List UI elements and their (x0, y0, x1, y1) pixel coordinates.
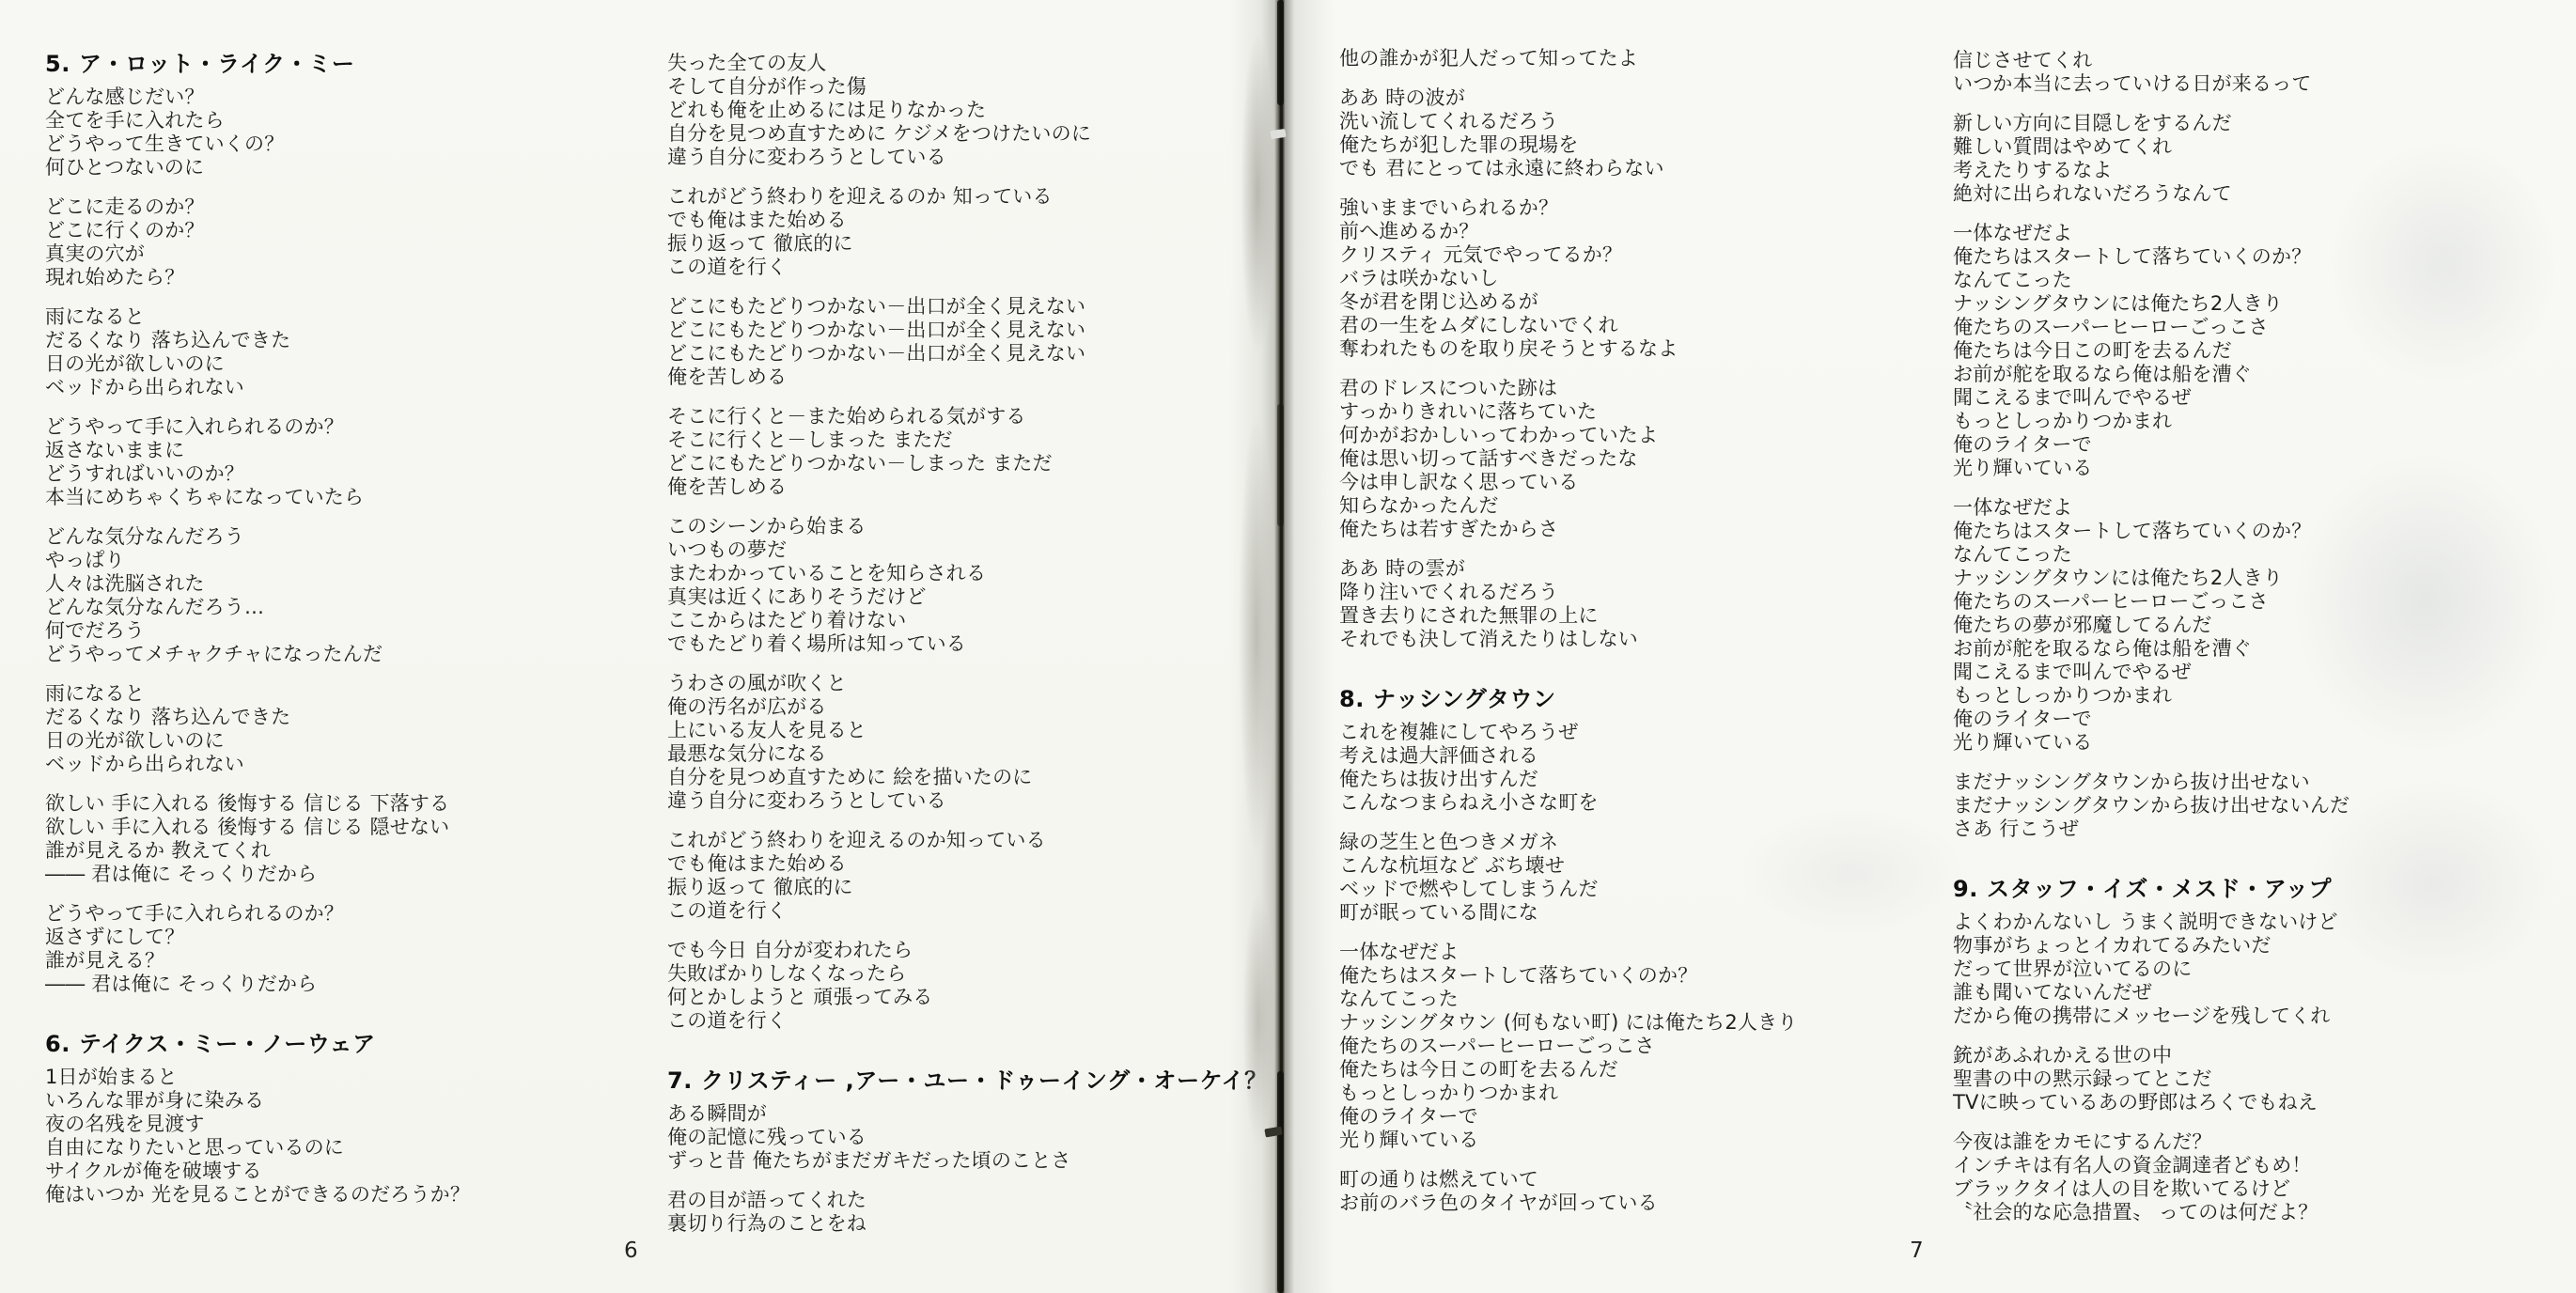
lyric-line: 聞こえるまで叫んでやるぜ (1953, 661, 2350, 684)
lyric-line: どこに行くのか？ (45, 219, 470, 242)
stanza: 雨になるとだるくなり 落ち込んできた日の光が欲しいのにベッドから出られない (45, 682, 470, 776)
lyric-line: 光り輝いている (1953, 731, 2350, 755)
lyric-line: バラは咲かないし (1339, 267, 1798, 290)
lyric-line: 降り注いでくれるだろう (1339, 581, 1798, 604)
lyric-line: 自由になりたいと思っているのに (45, 1136, 470, 1160)
lyric-line: サイクルが俺を破壊する (45, 1160, 470, 1183)
lyric-line: でも今日 自分が変われたら (667, 939, 1268, 962)
lyric-line: 返さないままに (45, 439, 470, 462)
lyric-line: 本当にめちゃくちゃになっていたら (45, 486, 470, 509)
lyric-line: 絶対に出られないだろうなんて (1953, 182, 2350, 206)
lyric-line: 俺たちはスタートして落ちていくのか？ (1339, 964, 1798, 988)
lyric-line: クリスティ 元気でやってるか？ (1339, 243, 1798, 267)
lyric-line: このシーンから始まる (667, 515, 1268, 538)
lyric-line: なんてこった (1953, 269, 2350, 292)
lyric-line: ベッドで燃やしてしまうんだ (1339, 878, 1798, 901)
lyric-line: 振り返って 徹底的に (667, 232, 1268, 256)
stanza: ある瞬間が俺の記憶に残っているずっと昔 俺たちがまだガキだった頃のことさ (667, 1102, 1268, 1173)
lyric-line: 何とかしようと 頑張ってみる (667, 986, 1268, 1009)
lyric-line: どこにもたどりつかない－しまった まただ (667, 452, 1268, 475)
lyric-line: またわかっていることを知らされる (667, 562, 1268, 585)
lyric-line: 裏切り行為のことをね (667, 1212, 1268, 1236)
stanza: どんな感じだい？全てを手に入れたらどうやって生きていくの？何ひとつないのに (45, 86, 470, 179)
lyric-line: 現れ始めたら？ (45, 266, 470, 289)
lyric-line: 他の誰かが犯人だって知ってたよ (1339, 47, 1798, 70)
lyric-line: 上にいる友人を見ると (667, 719, 1268, 742)
stanza: 一体なぜだよ俺たちはスタートして落ちていくのか？なんてこったナッシングタウンには… (1953, 222, 2350, 480)
stanza: 君のドレスについた跡はすっかりきれいに落ちていた何かがおかしいってわかっていたよ… (1339, 377, 1798, 541)
fold-line-segment (1277, 1071, 1284, 1293)
lyric-line: 自分を見つめ直すために ケジメをつけたいのに (667, 122, 1268, 146)
gutter-shadow (1241, 34, 1274, 353)
stanza: このシーンから始まるいつもの夢だまたわかっていることを知らされる真実は近くにあり… (667, 515, 1268, 656)
lyric-line: 俺たちは今日この町を去るんだ (1339, 1058, 1798, 1082)
lyric-line: 今夜は誰をカモにするんだ？ (1953, 1130, 2350, 1154)
lyric-line: 俺を苦しめる (667, 366, 1268, 389)
lyric-line: ナッシングタウンには俺たち2人きり (1953, 292, 2350, 316)
lyric-line: どうやって生きていくの？ (45, 132, 470, 156)
lyric-line: 1日が始まると (45, 1066, 470, 1089)
lyric-line: 俺たちのスーパーヒーローごっこさ (1953, 590, 2350, 614)
lyric-line: これを複雑にしてやろうぜ (1339, 721, 1798, 744)
stanza: 新しい方向に目隠しをするんだ難しい質問はやめてくれ考えたりするなよ絶対に出られな… (1953, 112, 2350, 206)
lyric-line: もっとしっかりつかまれ (1953, 684, 2350, 708)
stanza: 君の目が語ってくれた裏切り行為のことをね (667, 1189, 1268, 1236)
lyric-line: どうやって手に入れられるのか？ (45, 902, 470, 926)
lyric-line: ここからはたどり着けない (667, 609, 1268, 632)
lyric-line: 信じさせてくれ (1953, 49, 2350, 72)
lyric-line: 聞こえるまで叫んでやるぜ (1953, 386, 2350, 410)
song-title: 6. テイクス・ミー・ノーウェア (45, 1030, 470, 1058)
lyric-line: この道を行く (667, 1009, 1268, 1033)
song-title: 9. スタッフ・イズ・メスド・アップ (1953, 875, 2350, 903)
lyric-line: ああ 時の雲が (1339, 557, 1798, 581)
lyric-line: 物事がちょっとイカれてるみたいだ (1953, 934, 2350, 958)
lyric-line: 真実は近くにありそうだけど (667, 585, 1268, 609)
lyric-line: 俺はいつか 光を見ることができるのだろうか？ (45, 1183, 470, 1207)
lyric-line: 俺の汚名が広がる (667, 695, 1268, 719)
lyric-line: ブラックタイは人の目を欺いてるけど (1953, 1177, 2350, 1201)
stanza: ああ 時の雲が降り注いでくれるだろう置き去りにされた無罪の上にそれでも決して消え… (1339, 557, 1798, 651)
lyric-line: 考えたりするなよ (1953, 159, 2350, 182)
lyric-line: どんな感じだい？ (45, 86, 470, 109)
stanza: これがどう終わりを迎えるのか知っているでも俺はまた始める振り返って 徹底的にこの… (667, 829, 1268, 923)
stanza: 一体なぜだよ俺たちはスタートして落ちていくのか？なんてこったナッシングタウン (… (1339, 941, 1798, 1152)
lyric-line: 振り返って 徹底的に (667, 876, 1268, 899)
stanza: 緑の芝生と色つきメガネこんな杭垣など ぶち壊せベッドで燃やしてしまうんだ町が眠っ… (1339, 831, 1798, 925)
lyric-line: どうやってメチャクチャになったんだ (45, 643, 470, 666)
lyric-line: 雨になると (45, 305, 470, 329)
lyric-line: ずっと昔 俺たちがまだガキだった頃のことさ (667, 1149, 1268, 1173)
lyric-line: 俺たちは今日この町を去るんだ (1953, 339, 2350, 363)
lyric-line: 日の光が欲しいのに (45, 352, 470, 376)
lyric-line: そこに行くと－また始められる気がする (667, 405, 1268, 428)
lyric-line: だから俺の携帯にメッセージを残してくれ (1953, 1005, 2350, 1028)
lyric-line: 光り輝いている (1339, 1129, 1798, 1152)
lyric-line: もっとしっかりつかまれ (1953, 410, 2350, 433)
page-number-right: 7 (1910, 1238, 1924, 1263)
lyric-line: 奪われたものを取り戻そうとするなよ (1339, 337, 1798, 361)
lyric-line: 誰が見える？ (45, 949, 470, 973)
lyric-line: さあ 行こうぜ (1953, 818, 2350, 841)
lyric-line: お前が舵を取るなら俺は船を漕ぐ (1953, 637, 2350, 661)
lyric-line: ナッシングタウン (何もない町) には俺たち2人きり (1339, 1011, 1798, 1035)
song-title: 5. ア・ロット・ライク・ミー (45, 50, 470, 78)
lyric-line: 雨になると (45, 682, 470, 706)
lyric-line: だって世界が泣いてるのに (1953, 958, 2350, 981)
lyric-line: 君のドレスについた跡は (1339, 377, 1798, 400)
lyric-line: まだナッシングタウンから抜け出せない (1953, 771, 2350, 794)
lyric-line: 冬が君を閉じ込めるが (1339, 290, 1798, 314)
lyric-line: 俺は思い切って話すべきだったな (1339, 447, 1798, 471)
lyric-line: これがどう終わりを迎えるのか 知っている (667, 185, 1268, 209)
lyric-line: 町が眠っている間にな (1339, 901, 1798, 925)
lyric-line: うわさの風が吹くと (667, 672, 1268, 695)
lyric-line: 日の光が欲しいのに (45, 729, 470, 753)
lyric-line: 俺を苦しめる (667, 475, 1268, 499)
lyrics-column-4: 信じさせてくれいつか本当に去っていける日が来るって新しい方向に目隠しをするんだ難… (1953, 49, 2350, 1240)
lyric-line: 俺たちは抜け出すんだ (1339, 768, 1798, 791)
lyric-line: 君の一生をムダにしないでくれ (1339, 314, 1798, 337)
lyric-line: 欲しい 手に入れる 後悔する 信じる 下落する (45, 792, 470, 816)
lyric-line: だるくなり 落ち込んできた (45, 329, 470, 352)
lyric-line: なんてこった (1953, 543, 2350, 567)
stanza: 雨になるとだるくなり 落ち込んできた日の光が欲しいのにベッドから出られない (45, 305, 470, 399)
lyric-line: どうやって手に入れられるのか？ (45, 415, 470, 439)
fold-line-segment (1277, 404, 1284, 526)
lyric-line: 新しい方向に目隠しをするんだ (1953, 112, 2350, 135)
lyric-line: 俺たちが犯した罪の現場を (1339, 133, 1798, 157)
lyric-line: 自分を見つめ直すために 絵を描いたのに (667, 766, 1268, 789)
lyric-line: 俺たちはスタートして落ちていくのか？ (1953, 245, 2350, 269)
lyric-line: 考えは過大評価される (1339, 744, 1798, 768)
lyric-line: こんなつまらねえ小さな町を (1339, 791, 1798, 815)
lyric-line: この道を行く (667, 256, 1268, 279)
lyric-line: だるくなり 落ち込んできた (45, 706, 470, 729)
lyric-line: ―― 君は俺に そっくりだから (45, 863, 470, 886)
booklet-spread: 5. ア・ロット・ライク・ミーどんな感じだい？全てを手に入れたらどうやって生きて… (0, 0, 2576, 1293)
lyric-line: もっとしっかりつかまれ (1339, 1082, 1798, 1105)
lyric-line: 今は申し訳なく思っている (1339, 471, 1798, 494)
lyric-line: 知らなかったんだ (1339, 494, 1798, 518)
lyric-line: お前のバラ色のタイヤが回っている (1339, 1192, 1798, 1215)
stanza: よくわかんないし うまく説明できないけど物事がちょっとイカれてるみたいだだって世… (1953, 911, 2350, 1028)
lyric-line: どこにもたどりつかない－出口が全く見えない (667, 319, 1268, 342)
lyric-line: 緑の芝生と色つきメガネ (1339, 831, 1798, 854)
lyric-line: 返さずにして？ (45, 926, 470, 949)
lyric-line: どこに走るのか？ (45, 195, 470, 219)
song-title: 7. クリスティー ,アー・ユー・ドゥーイング・オーケイ？ (667, 1067, 1268, 1095)
lyric-line: どれも俺を止めるには足りなかった (667, 99, 1268, 122)
lyric-line: TVに映っているあの野郎はろくでもねえ (1953, 1091, 2350, 1114)
page-number-left: 6 (624, 1238, 638, 1263)
lyric-line: 俺のライターで (1953, 708, 2350, 731)
lyric-line: でもたどり着く場所は知っている (667, 632, 1268, 656)
gutter-shadow (1242, 893, 1274, 1146)
lyric-line: 前へ進めるか？ (1339, 220, 1798, 243)
lyric-line: これがどう終わりを迎えるのか知っている (667, 829, 1268, 852)
lyric-line: ナッシングタウンには俺たち2人きり (1953, 567, 2350, 590)
stanza: でも今日 自分が変われたら失敗ばかりしなくなったら何とかしようと 頑張ってみるこ… (667, 939, 1268, 1033)
lyric-line: 何かがおかしいってわかっていたよ (1339, 424, 1798, 447)
lyric-line: 強いままでいられるか？ (1339, 196, 1798, 220)
lyric-line: お前が舵を取るなら俺は船を漕ぐ (1953, 363, 2350, 386)
lyric-line: ある瞬間が (667, 1102, 1268, 1126)
lyric-line: 全てを手に入れたら (45, 109, 470, 132)
lyric-line: 失敗ばかりしなくなったら (667, 962, 1268, 986)
lyric-line: なんてこった (1339, 988, 1798, 1011)
lyric-line: 俺たちのスーパーヒーローごっこさ (1339, 1035, 1798, 1058)
lyric-line: 何でだろう (45, 619, 470, 643)
lyric-line: 失った全ての友人 (667, 52, 1268, 75)
lyric-line: 俺たちの夢が邪魔してるんだ (1953, 614, 2350, 637)
lyric-line: 町の通りは燃えていて (1339, 1168, 1798, 1192)
lyric-line: やっぱり (45, 549, 470, 572)
lyric-line: いつか本当に去っていける日が来るって (1953, 72, 2350, 96)
lyric-line: どこにもたどりつかない－出口が全く見えない (667, 342, 1268, 366)
stanza: 今夜は誰をカモにするんだ？インチキは有名人の資金調達者どもめ！ブラックタイは人の… (1953, 1130, 2350, 1224)
lyric-line: まだナッシングタウンから抜け出せないんだ (1953, 794, 2350, 818)
stanza: どうやって手に入れられるのか？返さずにして？誰が見える？―― 君は俺に そっくり… (45, 902, 470, 996)
stanza: どこに走るのか？どこに行くのか？真実の穴が現れ始めたら？ (45, 195, 470, 289)
lyric-line: 夜の名残を見渡す (45, 1113, 470, 1136)
lyric-line: どうすればいいのか？ (45, 462, 470, 486)
stanza: まだナッシングタウンから抜け出せないまだナッシングタウンから抜け出せないんださあ… (1953, 771, 2350, 841)
lyric-line: 光り輝いている (1953, 457, 2350, 480)
lyric-line: 一体なぜだよ (1339, 941, 1798, 964)
stanza: うわさの風が吹くと俺の汚名が広がる上にいる友人を見ると最悪な気分になる自分を見つ… (667, 672, 1268, 813)
fold-line-segment (1277, 0, 1284, 105)
lyrics-column-1: 5. ア・ロット・ライク・ミーどんな感じだい？全てを手に入れたらどうやって生きて… (45, 50, 470, 1223)
lyric-line: ―― 君は俺に そっくりだから (45, 973, 470, 996)
stanza: 失った全ての友人そして自分が作った傷どれも俺を止めるには足りなかった自分を見つめ… (667, 52, 1268, 169)
lyric-line: 欲しい 手に入れる 後悔する 信じる 隠せない (45, 816, 470, 839)
lyrics-column-2: 失った全ての友人そして自分が作った傷どれも俺を止めるには足りなかった自分を見つめ… (667, 52, 1268, 1252)
lyric-line: 俺たちは若すぎたからさ (1339, 518, 1798, 541)
lyric-line: 違う自分に変わろうとしている (667, 789, 1268, 813)
lyric-line: どこにもたどりつかない－出口が全く見えない (667, 295, 1268, 319)
lyric-line: 聖書の中の黙示録ってとこだ (1953, 1067, 2350, 1091)
lyric-line: それでも決して消えたりはしない (1339, 628, 1798, 651)
lyric-line: 一体なぜだよ (1953, 222, 2350, 245)
stanza: 1日が始まるといろんな罪が身に染みる夜の名残を見渡す自由になりたいと思っているの… (45, 1066, 470, 1207)
lyric-line: でも 君にとっては永遠に終わらない (1339, 157, 1798, 180)
lyric-line: 何ひとつないのに (45, 156, 470, 179)
lyric-line: 置き去りにされた無罪の上に (1339, 604, 1798, 628)
lyric-line: 俺たちのスーパーヒーローごっこさ (1953, 316, 2350, 339)
stanza: 銃があふれかえる世の中聖書の中の黙示録ってとこだTVに映っているあの野郎はろくで… (1953, 1044, 2350, 1114)
lyric-line: いろんな罪が身に染みる (45, 1089, 470, 1113)
stanza: 信じさせてくれいつか本当に去っていける日が来るって (1953, 49, 2350, 96)
lyric-line: 洗い流してくれるだろう (1339, 110, 1798, 133)
lyric-line: 最悪な気分になる (667, 742, 1268, 766)
song-title: 8. ナッシングタウン (1339, 685, 1798, 713)
lyric-line: 君の目が語ってくれた (667, 1189, 1268, 1212)
lyric-line: ベッドから出られない (45, 753, 470, 776)
lyric-line: インチキは有名人の資金調達者どもめ！ (1953, 1154, 2350, 1177)
lyric-line: でも俺はまた始める (667, 209, 1268, 232)
lyric-line: 誰が見えるか 教えてくれ (45, 839, 470, 863)
stanza: これがどう終わりを迎えるのか 知っているでも俺はまた始める振り返って 徹底的にこ… (667, 185, 1268, 279)
lyric-line: 俺の記憶に残っている (667, 1126, 1268, 1149)
lyric-line: 銃があふれかえる世の中 (1953, 1044, 2350, 1067)
lyric-line: この道を行く (667, 899, 1268, 923)
stanza: 欲しい 手に入れる 後悔する 信じる 下落する欲しい 手に入れる 後悔する 信じ… (45, 792, 470, 886)
lyrics-column-3: 他の誰かが犯人だって知ってたよああ 時の波が洗い流してくれるだろう俺たちが犯した… (1339, 47, 1798, 1231)
lyric-line: 誰も聞いてないんだぜ (1953, 981, 2350, 1005)
lyric-line: ああ 時の波が (1339, 86, 1798, 110)
lyric-line: 一体なぜだよ (1953, 496, 2350, 520)
gutter-shadow (1239, 413, 1274, 855)
lyric-line: 人々は洗脳された (45, 572, 470, 596)
stanza: どこにもたどりつかない－出口が全く見えないどこにもたどりつかない－出口が全く見え… (667, 295, 1268, 389)
lyric-line: 俺のライターで (1339, 1105, 1798, 1129)
stanza: そこに行くと－また始められる気がするそこに行くと－しまった まただどこにもたどり… (667, 405, 1268, 499)
stanza: 他の誰かが犯人だって知ってたよ (1339, 47, 1798, 70)
stanza: 町の通りは燃えていてお前のバラ色のタイヤが回っている (1339, 1168, 1798, 1215)
lyric-line: 〝社会的な応急措置〟 ってのは何だよ？ (1953, 1201, 2350, 1224)
lyric-line: でも俺はまた始める (667, 852, 1268, 876)
lyric-line: よくわかんないし うまく説明できないけど (1953, 911, 2350, 934)
stanza: 強いままでいられるか？前へ進めるか？クリスティ 元気でやってるか？バラは咲かない… (1339, 196, 1798, 361)
lyric-line: 違う自分に変わろうとしている (667, 146, 1268, 169)
lyric-line: そこに行くと－しまった まただ (667, 428, 1268, 452)
lyric-line: 俺たちはスタートして落ちていくのか？ (1953, 520, 2350, 543)
lyric-line: どんな気分なんだろう… (45, 596, 470, 619)
lyric-line: ベッドから出られない (45, 376, 470, 399)
stanza: ああ 時の波が洗い流してくれるだろう俺たちが犯した罪の現場をでも 君にとっては永… (1339, 86, 1798, 180)
stanza: 一体なぜだよ俺たちはスタートして落ちていくのか？なんてこったナッシングタウンには… (1953, 496, 2350, 755)
lyric-line: 俺のライターで (1953, 433, 2350, 457)
stanza: どうやって手に入れられるのか？返さないままにどうすればいいのか？本当にめちゃくち… (45, 415, 470, 509)
lyric-line: こんな杭垣など ぶち壊せ (1339, 854, 1798, 878)
lyric-line: どんな気分なんだろう (45, 525, 470, 549)
lyric-line: すっかりきれいに落ちていた (1339, 400, 1798, 424)
lyric-line: そして自分が作った傷 (667, 75, 1268, 99)
stanza: どんな気分なんだろうやっぱり人々は洗脳されたどんな気分なんだろう…何でだろうどう… (45, 525, 470, 666)
lyric-line: いつもの夢だ (667, 538, 1268, 562)
lyric-line: 真実の穴が (45, 242, 470, 266)
lyric-line: 難しい質問はやめてくれ (1953, 135, 2350, 159)
stanza: これを複雑にしてやろうぜ考えは過大評価される俺たちは抜け出すんだこんなつまらねえ… (1339, 721, 1798, 815)
